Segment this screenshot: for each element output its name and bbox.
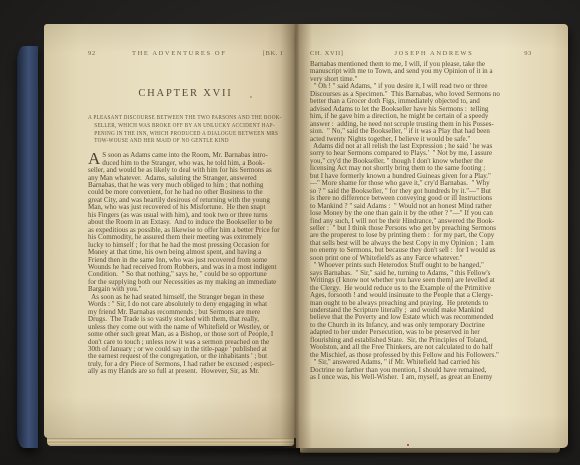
left-page-number: 92 <box>88 50 96 57</box>
page-edges-bottom-left <box>47 437 294 446</box>
chapter-heading: CHAPTER XVII <box>88 88 283 99</box>
photo-background: 92 THE ADVENTURES OF [BK. I CHAPTER XVII… <box>0 0 580 465</box>
right-running-head: CH. XVII] JOSEPH ANDREWS 93 <box>310 50 532 57</box>
chapter-summary-line: TOW-WOUSE AND HER MAID OF NO GENTLE KIND <box>88 138 264 146</box>
drop-cap: A <box>88 152 102 167</box>
chapter-summary: A PLEASANT DISCOURSE BETWEEN THE TWO PAR… <box>88 115 283 146</box>
right-page: CH. XVII] JOSEPH ANDREWS 93 Barnabas men… <box>296 24 568 448</box>
left-page: 92 THE ADVENTURES OF [BK. I CHAPTER XVII… <box>44 24 296 438</box>
drop-cap-lines: S soon as Adams came into the Room, Mr. … <box>102 152 268 167</box>
right-page-number: 93 <box>524 50 532 57</box>
foxing-speck <box>250 96 252 98</box>
foxing-speck <box>407 444 409 446</box>
foxing-speck <box>96 252 98 254</box>
chapter-summary-line: PENING IN THE INN, WHICH PRODUCED A DIAL… <box>88 131 264 139</box>
text-line: as I once was, his Well-Wisher. I am, my… <box>310 374 532 381</box>
right-page-text: Barnabas mentioned them to me, I will, i… <box>310 61 532 381</box>
left-running-head: 92 THE ADVENTURES OF [BK. I <box>88 50 283 57</box>
right-header-chapter-ref: CH. XVII] <box>310 50 344 57</box>
left-running-title: THE ADVENTURES OF <box>132 50 226 57</box>
text-line: ally as my Hands are so full at present.… <box>88 368 283 375</box>
right-running-title: JOSEPH ANDREWS <box>394 50 473 57</box>
opening-paragraph: A S soon as Adams came into the Room, Mr… <box>88 152 283 167</box>
chapter-summary-line: SELLER, WHICH WAS BROKE OFF BY AN UNLUCK… <box>88 123 264 131</box>
left-page-text: seller, and would be as likely to deal w… <box>88 167 283 376</box>
chapter-summary-line: A PLEASANT DISCOURSE BETWEEN THE TWO PAR… <box>88 115 264 123</box>
left-header-book-ref: [BK. I <box>263 50 283 57</box>
